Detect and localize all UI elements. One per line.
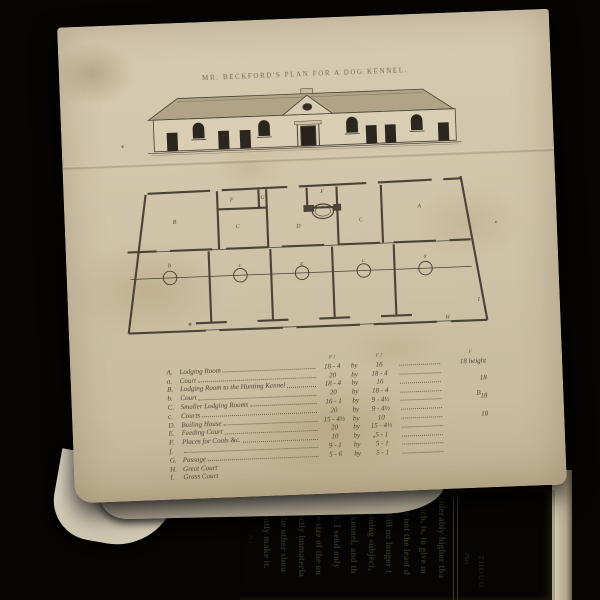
legend-room-name: Courts bbox=[181, 411, 200, 420]
legend-by: by bbox=[348, 379, 362, 388]
legend-room-name: Court bbox=[180, 394, 197, 403]
legend-d1: 18 - 4 bbox=[317, 362, 347, 371]
double-rule bbox=[453, 497, 458, 600]
legend-letter: A. bbox=[166, 368, 179, 376]
plan-letter: b bbox=[168, 263, 171, 269]
legend-d1: 16 - 1 bbox=[318, 397, 348, 406]
legend-by: by bbox=[349, 423, 363, 432]
dot-leader bbox=[287, 386, 316, 388]
legend-d1: 15 - 4½ bbox=[319, 414, 349, 423]
plan-letter: G bbox=[260, 195, 265, 201]
legend-letter: I. bbox=[170, 473, 183, 481]
plan-letter: H bbox=[444, 314, 450, 320]
legend-by: by bbox=[349, 414, 363, 423]
dot-leader bbox=[403, 470, 444, 472]
page-caption: Plan bbox=[460, 497, 472, 600]
legend-letter: f. bbox=[169, 447, 182, 455]
legend-extra: 18 bbox=[443, 374, 487, 384]
legend-letter: c. bbox=[168, 412, 181, 420]
plan-letter: C bbox=[359, 217, 363, 223]
legend-d1: 5 - 6 bbox=[320, 449, 350, 458]
legend-d2: 18 - 4 bbox=[361, 368, 397, 377]
plan-letters: BFGCFDCAbcEcaHI bbox=[165, 183, 481, 331]
legend-letter: D. bbox=[168, 421, 181, 429]
plan-letter: C bbox=[236, 224, 240, 230]
legend-d1: 20 bbox=[318, 388, 348, 397]
legend-d1: 9 - 1 bbox=[320, 441, 350, 450]
legend-d2: 18 - 4 bbox=[362, 386, 398, 395]
elevation-drawing bbox=[135, 76, 470, 161]
legend-letter: G. bbox=[170, 456, 183, 464]
legend-by: by bbox=[350, 440, 364, 449]
legend-d1: 20 bbox=[319, 423, 349, 432]
book-plate: MR. BECKFORD'S PLAN FOR A DOG KENNEL. bbox=[57, 9, 567, 504]
legend-by: by bbox=[349, 405, 363, 414]
plan-letter: a bbox=[423, 253, 426, 259]
plan-letter: c bbox=[239, 262, 242, 268]
plan-letter: F bbox=[319, 189, 324, 195]
body-line: which, is, to give m bbox=[415, 497, 433, 600]
legend-by: by bbox=[348, 387, 362, 396]
legend-room-name: Court bbox=[180, 376, 197, 385]
legend-d2: 9 - 4½ bbox=[363, 404, 399, 413]
legend-letter: b. bbox=[167, 394, 180, 402]
plan-letter: B bbox=[173, 220, 177, 226]
plan-letter: c bbox=[362, 258, 365, 264]
legend-d1: 10 bbox=[320, 432, 350, 441]
legend-room-name: Great Court bbox=[183, 463, 217, 472]
legend-d1 bbox=[321, 475, 351, 476]
legend-extra: 18 height bbox=[442, 356, 486, 366]
legend-d1: 20 bbox=[317, 370, 347, 379]
legend-d2: 5 - 1 bbox=[364, 430, 400, 439]
plan-drawing: BFGCFDCAbcEcaHI bbox=[113, 168, 515, 347]
legend-letter: C. bbox=[168, 403, 181, 411]
legend-d2: 10 bbox=[363, 412, 399, 421]
legend-by: by bbox=[350, 449, 364, 458]
plan-letter: A bbox=[416, 203, 421, 209]
legend-d1: 20 bbox=[319, 405, 349, 414]
legend-rows: A.Lodging Room18 - 4by1618 heighta.Court… bbox=[166, 355, 490, 482]
legend-room-name: Grass Court bbox=[183, 472, 218, 481]
legend-by bbox=[351, 474, 365, 475]
running-header: THOUG bbox=[472, 497, 490, 600]
legend-d1: 18 - 4 bbox=[318, 379, 348, 388]
plan-letter: E bbox=[299, 262, 304, 268]
plan-letter: D bbox=[295, 224, 301, 230]
legend-by: by bbox=[347, 370, 361, 379]
legend-d2 bbox=[365, 473, 401, 474]
plan-letter: I bbox=[477, 297, 481, 303]
boiler bbox=[303, 203, 341, 219]
legend-extra bbox=[446, 470, 490, 472]
legend-letter: F. bbox=[169, 438, 182, 446]
legend: F I F I F A.Lodging Room18 - 4by1618 hei… bbox=[166, 349, 490, 482]
legend-letter: a. bbox=[167, 377, 180, 385]
legend-letter: B. bbox=[167, 386, 180, 394]
foxing-speck bbox=[122, 145, 124, 148]
legend-by: by bbox=[348, 396, 362, 405]
legend-by: by bbox=[350, 431, 364, 440]
page-edge bbox=[552, 470, 572, 600]
body-line: siderably higher tha bbox=[433, 497, 451, 600]
legend-letter: H. bbox=[170, 465, 183, 473]
dot-leader bbox=[220, 475, 319, 479]
photo-background: THOUG Plan siderably higher thawhich, is… bbox=[0, 0, 600, 600]
legend-by: by bbox=[347, 361, 361, 370]
legend-d2: 5 - 1 bbox=[364, 448, 400, 457]
legend-extra: 18 bbox=[443, 391, 487, 401]
plate-signature: B bbox=[476, 389, 481, 397]
legend-room-name: Passage bbox=[183, 455, 207, 464]
legend-letter: E. bbox=[169, 430, 182, 438]
legend-extra: 18 bbox=[444, 409, 488, 419]
plan-letter: F bbox=[229, 197, 234, 203]
